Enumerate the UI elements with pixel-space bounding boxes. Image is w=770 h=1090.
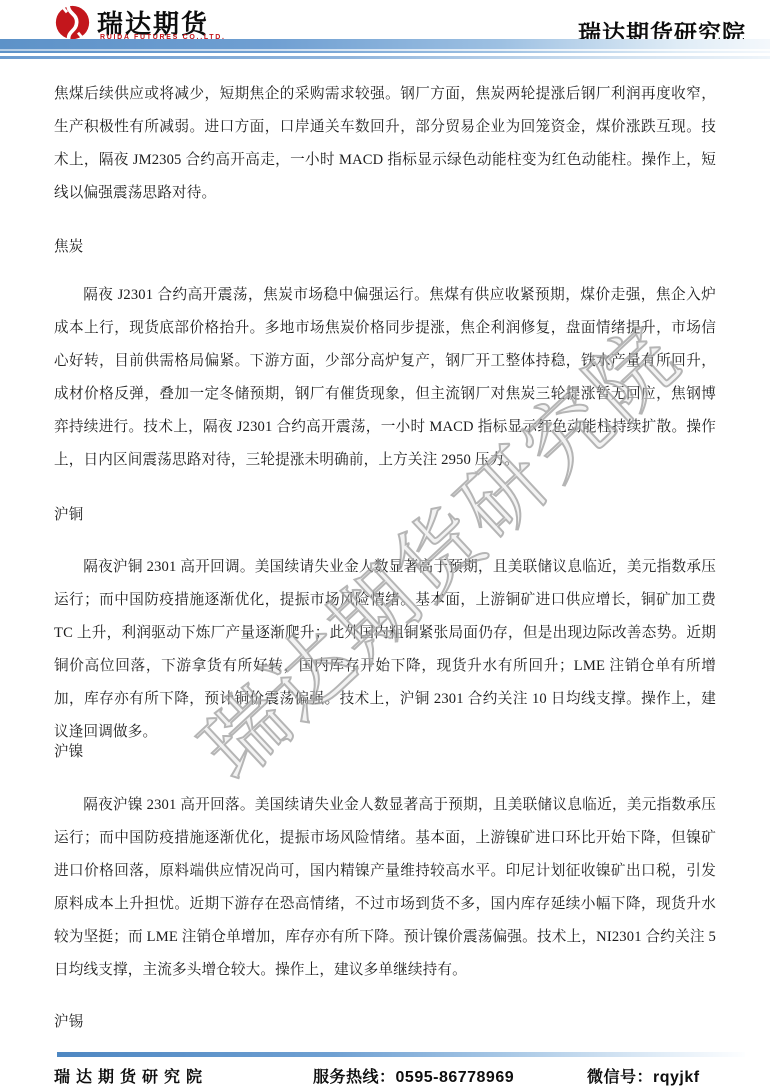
report-page: 瑞达期货 RUIDA FUTURES CO.,LTD. 瑞达期货研究院 瑞达期货… (0, 0, 770, 1090)
section-paragraph-copper: 隔夜沪铜 2301 高开回调。美国续请失业金人数显著高于预期，且美联储议息临近，… (54, 551, 716, 749)
footer-hotline: 服务热线：0595-86778969 (313, 1064, 514, 1087)
section-title-copper: 沪铜 (54, 499, 83, 532)
section-title-tin: 沪锡 (54, 1006, 83, 1039)
header-band (0, 39, 770, 53)
ruida-logo-icon (54, 4, 91, 41)
header-band-thin (0, 56, 770, 59)
intro-paragraph: 焦煤后续供应或将减少，短期焦企的采购需求较强。钢厂方面，焦炭两轮提涨后钢厂利润再… (54, 78, 716, 210)
section-title-nickel: 沪镍 (54, 736, 83, 769)
section-paragraph-nickel: 隔夜沪镍 2301 高开回落。美国续请失业金人数显著高于预期，且美联储议息临近，… (54, 789, 716, 987)
footer-wechat: 微信号：rqyjkf (587, 1064, 700, 1087)
footer-org: 瑞达期货研究院 (54, 1064, 208, 1087)
footer-hotline-label: 服务热线： (313, 1069, 396, 1086)
footer-divider (57, 1052, 745, 1057)
footer-hotline-number: 0595-86778969 (396, 1069, 515, 1086)
section-title-coke: 焦炭 (54, 231, 83, 264)
footer-wechat-label: 微信号： (587, 1069, 653, 1086)
section-paragraph-coke: 隔夜 J2301 合约高开震荡，焦炭市场稳中偏强运行。焦煤有供应收紧预期，煤价走… (54, 279, 716, 477)
footer-wechat-id: rqyjkf (653, 1069, 700, 1086)
